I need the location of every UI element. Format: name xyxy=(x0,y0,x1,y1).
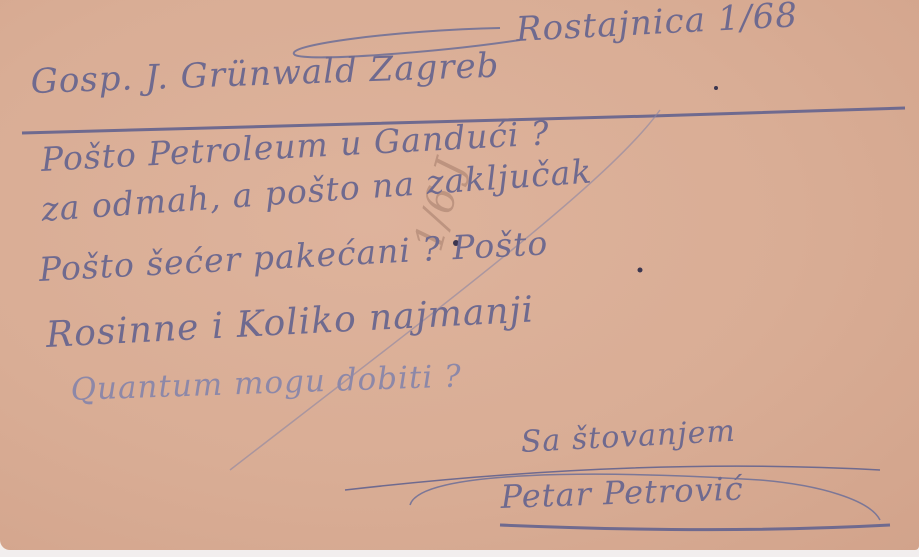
bottom-edge-strip xyxy=(0,550,919,557)
postcard: 1/6 J Rostajnica 1/68 Gosp. J. Grünwald … xyxy=(0,0,919,550)
